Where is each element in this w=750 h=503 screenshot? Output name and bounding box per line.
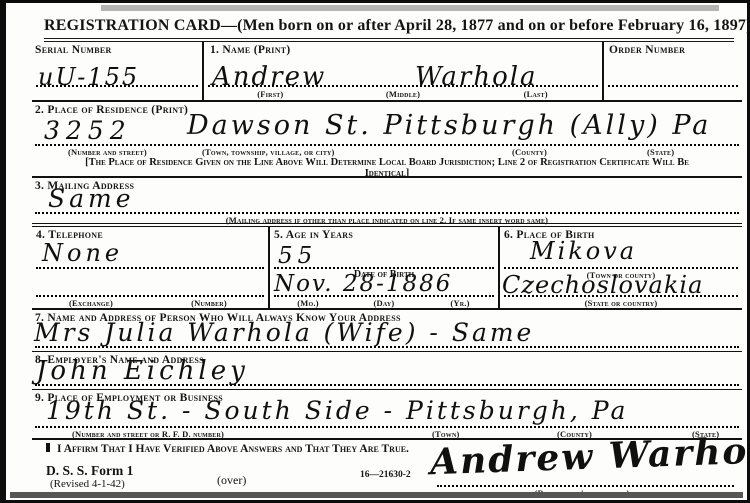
employment-value: 19th St. - South Side - Pittsburgh, Pa: [46, 396, 628, 425]
contact-fill-line: [35, 346, 739, 348]
dob-value: Nov. 28-1886: [274, 271, 452, 297]
telephone-section: 4. Telephone None (Exchange) (Number): [32, 227, 270, 308]
residence-street-sublabel: (Number and street): [68, 147, 147, 157]
employment-section: 9. Place of Employment or Business 19th …: [32, 390, 742, 440]
month-sublabel: (Mo.): [270, 298, 346, 308]
birthplace-country-fill-line: [504, 295, 738, 297]
dob-sublabels: (Mo.) (Day) (Yr.): [270, 298, 498, 308]
residence-state-sublabel: (State): [647, 147, 674, 157]
age-dob-section: 5. Age in Years 55 Date of Birth Nov. 28…: [270, 227, 500, 308]
order-number-section: Order Number: [604, 42, 742, 100]
middle-sublabel: (Middle): [337, 89, 470, 99]
name-section: 1. Name (Print) Andrew Warhola (First) (…: [204, 42, 604, 100]
residence-fill-line: [35, 144, 739, 146]
row-serial-name-order: Serial Number uU-155 1. Name (Print) And…: [32, 42, 742, 102]
form-number: D. S. S. Form 1: [46, 463, 133, 479]
birthplace-section: 6. Place of Birth Mikova (Town or county…: [500, 227, 742, 308]
birthplace-country-sublabel: (State or country): [500, 298, 742, 308]
last-sublabel: (Last): [469, 89, 602, 99]
year-sublabel: (Yr.): [422, 298, 498, 308]
order-fill-line: [608, 85, 738, 87]
scan-artifact-bottom: [10, 492, 743, 498]
serial-number-label: Serial Number: [35, 44, 199, 56]
employer-value: John Eichley: [36, 356, 249, 386]
name-fill-line: [208, 85, 598, 87]
residence-address-value: Dawson St. Pittsburgh (Ally) Pa: [187, 110, 711, 141]
age-label: 5. Age in Years: [274, 229, 494, 241]
mailing-section: 3. Mailing Address Same (Mailing address…: [32, 178, 742, 227]
telephone-sublabels: (Exchange) (Number): [32, 298, 268, 308]
telephone-lower-fill-line: [36, 295, 264, 297]
telephone-fill-line: [36, 267, 264, 269]
form-revision: (Revised 4-1-42): [50, 478, 125, 490]
birthplace-town-fill-line: [504, 267, 738, 269]
dob-fill-line: [274, 295, 494, 297]
over-note: (over): [217, 473, 246, 488]
telephone-value: None: [42, 239, 123, 267]
affirmation-text: I Affirm That I Have Verified Above Answ…: [57, 443, 409, 455]
employment-street-sublabel: (Number and street or R. F. D. number): [72, 429, 224, 439]
serial-fill-line: [36, 85, 198, 87]
residence-town-sublabel: (Town, township, village, or city): [202, 147, 335, 157]
employment-fill-line: [35, 426, 739, 428]
birthplace-town-value: Mikova: [530, 237, 637, 265]
registration-card: REGISTRATION CARD—(Men born on or after …: [32, 11, 742, 503]
local-board-notice: [The Place of Residence Given on the Lin…: [72, 157, 702, 179]
mailing-fill-line: [35, 212, 739, 214]
print-code: 16—21630-2: [360, 470, 411, 480]
row-telephone-age-birth: 4. Telephone None (Exchange) (Number) 5.…: [32, 227, 742, 310]
card-scan-frame: REGISTRATION CARD—(Men born on or after …: [0, 0, 750, 503]
serial-number-section: Serial Number uU-155: [32, 42, 204, 100]
first-name-value: Andrew: [212, 62, 326, 92]
day-sublabel: (Day): [346, 298, 422, 308]
age-value: 55: [278, 243, 317, 269]
employer-fill-line: [35, 384, 739, 386]
first-sublabel: (First): [204, 89, 337, 99]
name-label: 1. Name (Print): [210, 44, 596, 56]
card-title: REGISTRATION CARD—(Men born on or after …: [44, 17, 734, 42]
mailing-label: 3. Mailing Address: [35, 180, 739, 192]
affirmation-mark: [46, 443, 50, 452]
contact-value: Mrs Julia Warhola (Wife) - Same: [34, 318, 534, 347]
exchange-sublabel: (Exchange): [32, 298, 150, 308]
mailing-sublabel: (Mailing address if other than place ind…: [32, 215, 742, 225]
last-name-value: Warhola: [415, 62, 538, 92]
employment-town-sublabel: (Town): [432, 429, 460, 439]
employer-section: 8. Employer's Name and Address John Eich…: [32, 352, 742, 390]
order-number-label: Order Number: [609, 44, 737, 56]
name-sublabels: (First) (Middle) (Last): [204, 89, 602, 99]
residence-county-sublabel: (County): [512, 147, 547, 157]
signature-fill-line: [437, 485, 734, 487]
contact-section: 7. Name and Address of Person Who Will A…: [32, 310, 742, 352]
residence-section: 2. Place of Residence (Print) 3252 Dawso…: [32, 102, 742, 178]
residence-number-value: 3252: [44, 116, 132, 145]
number-sublabel: (Number): [150, 298, 268, 308]
mailing-value: Same: [48, 184, 135, 213]
